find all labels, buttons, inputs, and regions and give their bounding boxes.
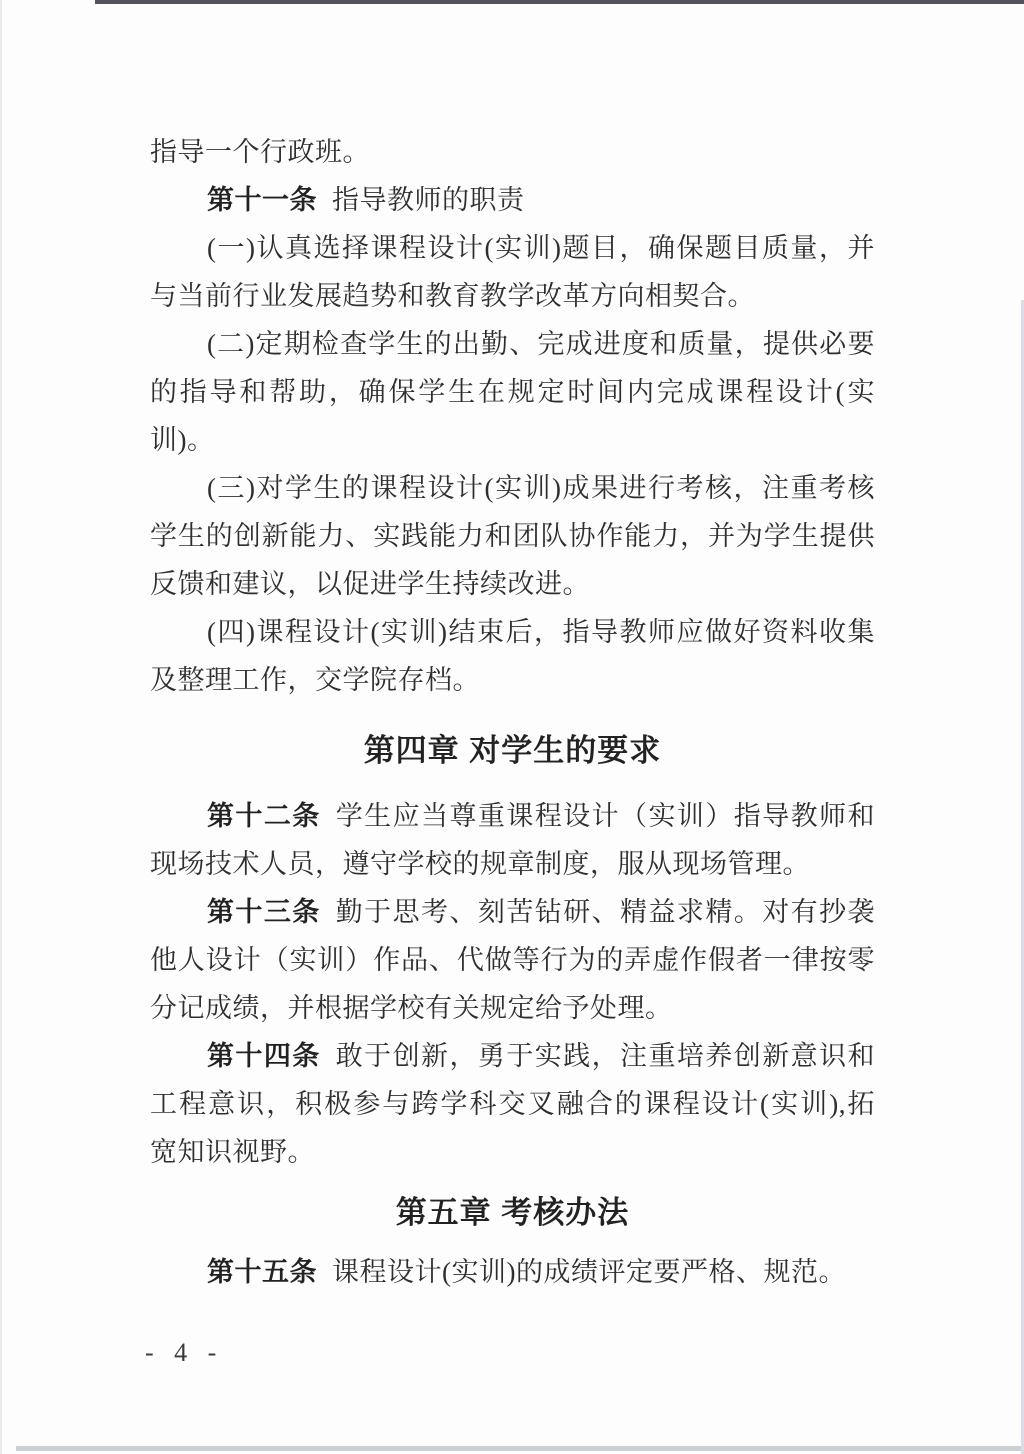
document-page: 指导一个行政班。 第十一条指导教师的职责 (一)认真选择课程设计(实训)题目，确… xyxy=(0,0,1024,1454)
body-line: (二)定期检查学生的出勤、完成进度和质量，提供必要 xyxy=(150,320,875,368)
article-line: 第十五条课程设计(实训)的成绩评定要严格、规范。 xyxy=(150,1248,875,1296)
article-number: 第十一条 xyxy=(207,185,317,215)
body-line: 及整理工作，交学院存档。 xyxy=(150,656,875,704)
page-number: - 4 - xyxy=(145,1338,223,1368)
article-text: 课程设计(实训)的成绩评定要严格、规范。 xyxy=(332,1257,846,1287)
body-line: (四)课程设计(实训)结束后，指导教师应做好资料收集 xyxy=(150,608,875,656)
body-line: 指导一个行政班。 xyxy=(150,128,875,176)
body-line: 现场技术人员，遵守学校的规章制度，服从现场管理。 xyxy=(150,840,875,888)
body-line: 与当前行业发展趋势和教育教学改革方向相契合。 xyxy=(150,272,875,320)
body-line: 分记成绩，并根据学校有关规定给予处理。 xyxy=(150,984,875,1032)
article-line: 第十三条勤于思考、刻苦钻研、精益求精。对有抄袭 xyxy=(150,888,875,936)
body-line: 工程意识，积极参与跨学科交叉融合的课程设计(实训),拓 xyxy=(150,1080,875,1128)
article-line: 第十二条学生应当尊重课程设计（实训）指导教师和 xyxy=(150,792,875,840)
body-line: 他人设计（实训）作品、代做等行为的弄虚作假者一律按零 xyxy=(150,936,875,984)
scan-edge-left xyxy=(0,0,2,1454)
chapter-heading: 第四章 对学生的要求 xyxy=(150,726,875,776)
article-line: 第十一条指导教师的职责 xyxy=(150,176,875,224)
article-number: 第十三条 xyxy=(207,897,321,927)
scan-edge-bottom xyxy=(16,1446,1024,1451)
chapter-heading: 第五章 考核办法 xyxy=(150,1188,875,1238)
scan-edge-top xyxy=(95,0,1024,4)
body-line: 学生的创新能力、实践能力和团队协作能力，并为学生提供 xyxy=(150,512,875,560)
article-line: 第十四条敢于创新，勇于实践，注重培养创新意识和 xyxy=(150,1032,875,1080)
article-number: 第十五条 xyxy=(207,1257,317,1287)
body-line: (一)认真选择课程设计(实训)题目，确保题目质量，并 xyxy=(150,224,875,272)
document-body: 指导一个行政班。 第十一条指导教师的职责 (一)认真选择课程设计(实训)题目，确… xyxy=(150,128,875,1296)
article-text: 敢于创新，勇于实践，注重培养创新意识和 xyxy=(336,1041,875,1071)
body-line: 的指导和帮助，确保学生在规定时间内完成课程设计(实 xyxy=(150,368,875,416)
body-line: 训)。 xyxy=(150,416,875,464)
article-number: 第十四条 xyxy=(207,1041,321,1071)
body-line: 宽知识视野。 xyxy=(150,1128,875,1176)
article-text: 指导教师的职责 xyxy=(332,185,525,215)
body-line: (三)对学生的课程设计(实训)成果进行考核，注重考核 xyxy=(150,464,875,512)
article-number: 第十二条 xyxy=(207,801,321,831)
article-text: 勤于思考、刻苦钻研、精益求精。对有抄袭 xyxy=(336,897,875,927)
body-line: 反馈和建议，以促进学生持续改进。 xyxy=(150,560,875,608)
article-text: 学生应当尊重课程设计（实训）指导教师和 xyxy=(336,801,875,831)
